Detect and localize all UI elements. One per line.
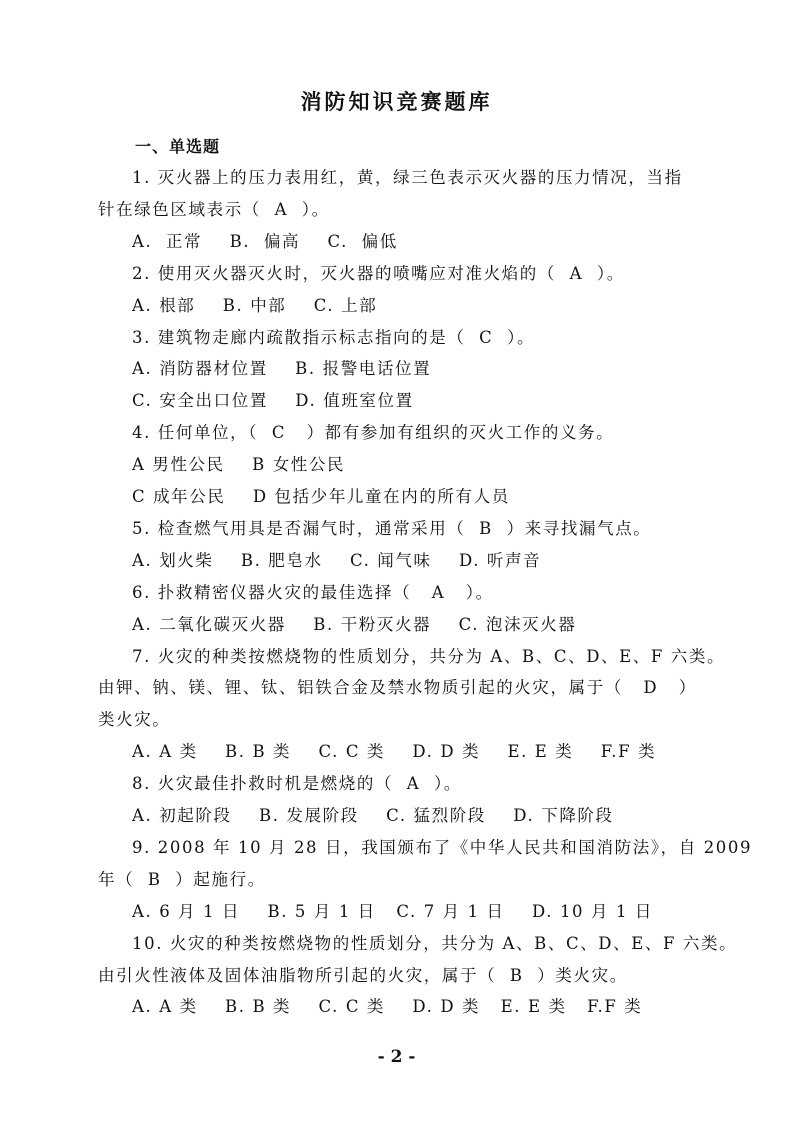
text-line: 2. 使用灭火器灭火时，灭火器的喷嘴应对准火焰的（ A ）。 [132, 263, 625, 285]
text-line: 5. 检查燃气用具是否漏气时，通常采用（ B ）来寻找漏气点。 [132, 518, 651, 540]
text-line: 9. 2008 年 10 月 28 日，我国颁布了《中华人民共和国消防法》，自 … [132, 837, 752, 859]
text-line: A. A 类 B. B 类 C. C 类 D. D 类 E. E 类 F.F 类 [132, 996, 642, 1018]
text-line: A 男性公民 B 女性公民 [132, 454, 345, 476]
text-line: 针在绿色区域表示（ A ）。 [98, 199, 330, 221]
text-line: 7. 火灾的种类按燃烧物的性质划分，共分为 A、B、C、D、E、F 六类。 [132, 646, 725, 668]
text-line: A. 划火柴 B. 肥皂水 C. 闻气味 D. 听声音 [132, 550, 541, 572]
text-line: A. 二氧化碳灭火器 B. 干粉灭火器 C. 泡沫灭火器 [132, 614, 576, 636]
text-line: A. 根部 B. 中部 C. 上部 [132, 295, 377, 317]
text-line: C. 安全出口位置 D. 值班室位置 [132, 390, 414, 412]
text-line: A. 6 月 1 日 B. 5 月 1 日 C. 7 月 1 日 D. 10 月… [132, 901, 653, 923]
page-number: - 2 - [0, 1047, 793, 1067]
text-line: 4. 任何单位，（ C ）都有参加有组织的灭火工作的义务。 [132, 422, 614, 444]
text-line: 由引火性液体及固体油脂物所引起的火灾，属于（ B ）类火灾。 [98, 965, 628, 987]
text-line: 3. 建筑物走廊内疏散指示标志指向的是（ C ）。 [132, 327, 535, 349]
section-heading: 一、单选题 [135, 134, 220, 157]
text-line: A. 消防器材位置 B. 报警电话位置 [132, 358, 431, 380]
text-line: 由钾、钠、镁、锂、钛、铝铁合金及禁水物质引起的火灾，属于（ D ） [98, 677, 697, 699]
text-line: A. 正常 B. 偏高 C. 偏低 [132, 231, 398, 253]
text-line: 1. 灭火器上的压力表用红，黄，绿三色表示灭火器的压力情况，当指 [132, 167, 683, 189]
text-line: 类火灾。 [98, 709, 170, 731]
text-line: 10. 火灾的种类按燃烧物的性质划分，共分为 A、B、C、D、E、F 六类。 [132, 933, 737, 955]
text-line: A. A 类 B. B 类 C. C 类 D. D 类 E. E 类 F.F 类 [132, 741, 656, 763]
document-title: 消防知识竞赛题库 [0, 86, 793, 116]
text-line: C 成年公民 D 包括少年儿童在内的所有人员 [132, 486, 510, 508]
text-line: A. 初起阶段 B. 发展阶段 C. 猛烈阶段 D. 下降阶段 [132, 805, 614, 827]
text-line: 6. 扑救精密仪器火灾的最佳选择（ A ）。 [132, 582, 494, 604]
text-line: 8. 火灾最佳扑救时机是燃烧的（ A ）。 [132, 773, 462, 795]
text-line: 年（ B ）起施行。 [98, 869, 266, 891]
